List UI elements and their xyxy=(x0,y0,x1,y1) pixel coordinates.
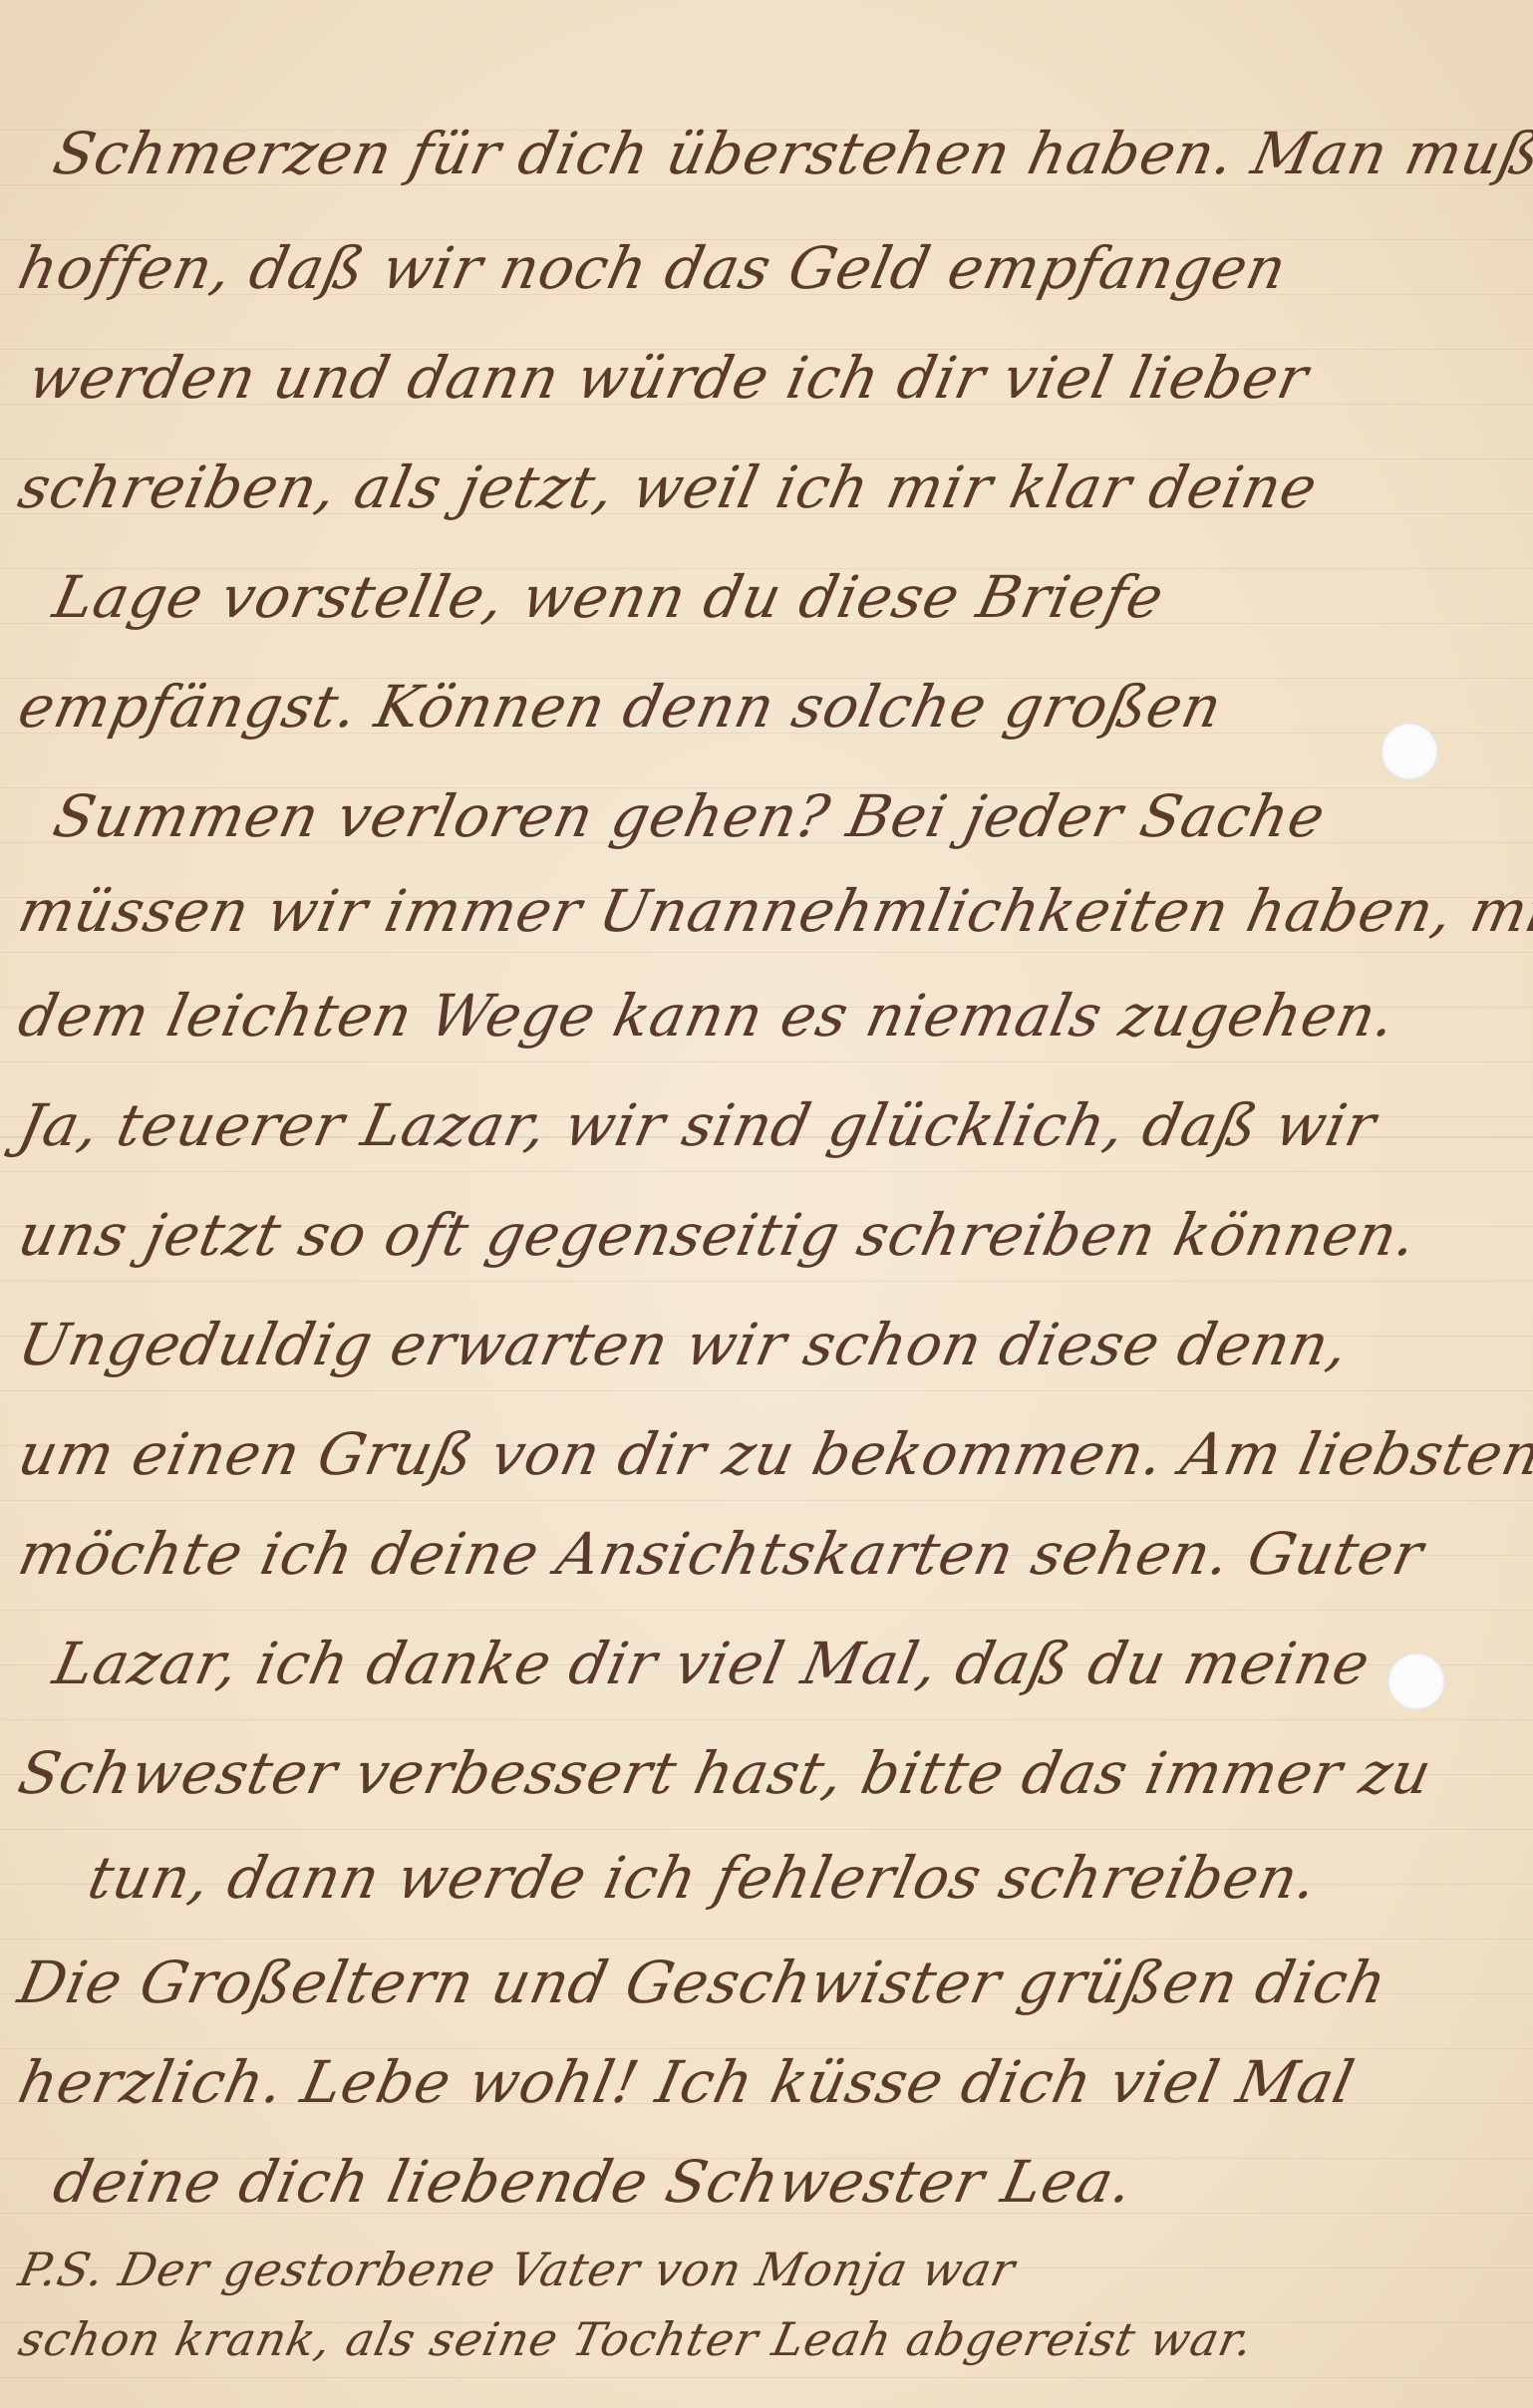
ruled-line xyxy=(0,1500,1533,1501)
letter-line-17: tun, dann werde ich fehlerlos schreiben. xyxy=(83,1844,1324,1912)
letter-line-14: möchte ich deine Ansichtskarten sehen. G… xyxy=(13,1520,1430,1588)
ruled-line xyxy=(0,1281,1533,1282)
punch-hole-bottom xyxy=(1387,1653,1445,1710)
letter-line-13: um einen Gruß von dir zu bekommen. Am li… xyxy=(13,1420,1533,1488)
letter-line-7: Summen verloren gehen? Bei jeder Sache xyxy=(48,782,1332,850)
letter-line-6: empfängst. Können denn solche großen xyxy=(13,673,1229,741)
letter-line-18: Die Großeltern und Geschwister grüßen di… xyxy=(13,1949,1393,2016)
ruled-line xyxy=(0,952,1533,953)
letter-line-9: dem leichten Wege kann es niemals zugehe… xyxy=(13,982,1402,1050)
letter-line-11: uns jetzt so oft gegenseitig schreiben k… xyxy=(13,1201,1423,1269)
letter-line-4: schreiben, als jetzt, weil ich mir klar … xyxy=(13,453,1324,521)
letter-signature-line: deine dich liebende Schwester Lea. xyxy=(48,2148,1140,2216)
ruled-line xyxy=(0,1829,1533,1830)
postscript-line-1: P.S. Der gestorbene Vater von Monja war xyxy=(14,2243,1020,2296)
ruled-line xyxy=(0,1610,1533,1611)
ruled-line xyxy=(0,1171,1533,1172)
ruled-line xyxy=(0,1061,1533,1062)
letter-line-2: hoffen, daß wir noch das Geld empfangen xyxy=(13,234,1293,302)
letter-line-16: Schwester verbessert hast, bitte das imm… xyxy=(13,1739,1438,1807)
postscript-line-2: schon krank, als seine Tochter Leah abge… xyxy=(14,2312,1258,2366)
letter-line-8: müssen wir immer Unannehmlichkeiten habe… xyxy=(13,877,1533,945)
letter-line-3: werden und dann würde ich dir viel liebe… xyxy=(23,344,1315,412)
letter-line-10: Ja, teuerer Lazar, wir sind glücklich, d… xyxy=(13,1091,1382,1159)
letter-line-15: Lazar, ich danke dir viel Mal, daß du me… xyxy=(48,1630,1377,1697)
letter-line-19: herzlich. Lebe wohl! Ich küsse dich viel… xyxy=(13,2048,1361,2116)
ruled-line xyxy=(0,2377,1533,2378)
letter-line-12: Ungeduldig erwarten wir schon diese denn… xyxy=(13,1311,1356,1378)
punch-hole-top xyxy=(1380,723,1438,780)
ruled-line xyxy=(0,1939,1533,1940)
letter-line-1: Schmerzen für dich überstehen haben. Man… xyxy=(48,120,1533,187)
letter-page: Schmerzen für dich überstehen haben. Man… xyxy=(0,0,1533,2408)
ruled-line xyxy=(0,1719,1533,1720)
ruled-line xyxy=(0,1390,1533,1391)
letter-line-5: Lage vorstelle, wenn du diese Briefe xyxy=(48,563,1170,631)
